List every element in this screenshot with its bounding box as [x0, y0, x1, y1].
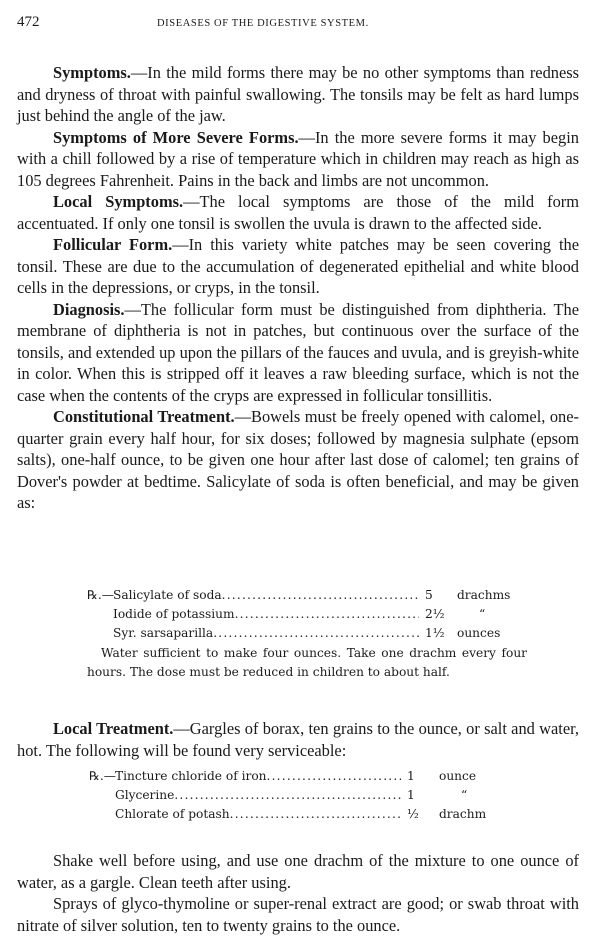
local-treatment-block: Local Treatment.—Gargles of borax, ten g… — [17, 718, 579, 761]
section-heading: Local Symptoms. — [53, 192, 183, 211]
rx-quantity: 1 — [401, 786, 439, 805]
section-local-treatment: Local Treatment.—Gargles of borax, ten g… — [17, 718, 579, 761]
leader-dots: ........................................… — [230, 805, 401, 824]
rx-unit: ounce — [439, 767, 509, 786]
rx-symbol: ℞.— — [87, 586, 113, 605]
leader-dots: ........................................… — [213, 624, 419, 643]
rx-quantity: 1½ — [419, 624, 457, 643]
rx-ingredient: Chlorate of potash — [115, 807, 230, 821]
leader-dots: ........................................… — [267, 767, 401, 786]
section-heading: Diagnosis. — [53, 300, 125, 319]
section-severe-forms: Symptoms of More Severe Forms.—In the mo… — [17, 127, 579, 192]
prescription-item: Glycerine ..............................… — [89, 786, 509, 805]
closing-paragraph: Shake well before using, and use one dra… — [17, 850, 579, 893]
running-head-title: DISEASES OF THE DIGESTIVE SYSTEM. — [157, 18, 369, 29]
section-heading: Symptoms of More Severe Forms. — [53, 128, 299, 147]
rx-quantity: 1 — [401, 767, 439, 786]
prescription-item: Syr. sarsaparilla ......................… — [87, 624, 527, 643]
rx-unit: ounces — [457, 624, 527, 643]
rx-quantity: ½ — [401, 805, 439, 824]
closing-paragraph: Sprays of glyco-thymoline or super-renal… — [17, 893, 579, 936]
rx-quantity: 5 — [419, 586, 457, 605]
closing-block: Shake well before using, and use one dra… — [17, 850, 579, 936]
section-heading: Local Treatment. — [53, 719, 173, 738]
rx-symbol: ℞.— — [89, 767, 115, 786]
section-heading: Constitutional Treatment. — [53, 407, 235, 426]
section-symptoms: Symptoms.—In the mild forms there may be… — [17, 62, 579, 127]
prescription-1: ℞.—Salicylate of soda ..................… — [87, 586, 527, 682]
running-head: 472 DISEASES OF THE DIGESTIVE SYSTEM. — [17, 14, 579, 34]
leader-dots: ........................................… — [174, 786, 401, 805]
rx-unit: drachms — [457, 586, 527, 605]
rx-ingredient: Iodide of potassium — [113, 607, 235, 621]
leader-dots: ........................................… — [235, 605, 419, 624]
main-text-block: Symptoms.—In the mild forms there may be… — [17, 62, 579, 514]
section-heading: Symptoms. — [53, 63, 131, 82]
prescription-item: ℞.—Salicylate of soda ..................… — [87, 586, 527, 605]
section-follicular-form: Follicular Form.—In this variety white p… — [17, 234, 579, 299]
rx-ingredient: Syr. sarsaparilla — [113, 626, 213, 640]
page-number: 472 — [17, 14, 40, 31]
leader-dots: ........................................… — [222, 586, 419, 605]
prescription-2: ℞.—Tincture chloride of iron ...........… — [89, 767, 509, 824]
rx-unit: drachm — [439, 805, 509, 824]
rx-unit: “ — [439, 786, 509, 805]
rx-quantity: 2½ — [419, 605, 457, 624]
prescription-item: Iodide of potassium ....................… — [87, 605, 527, 624]
section-constitutional-treatment: Constitutional Treatment.—Bowels must be… — [17, 406, 579, 514]
prescription-item: ℞.—Tincture chloride of iron ...........… — [89, 767, 509, 786]
section-local-symptoms: Local Symptoms.—The local symptoms are t… — [17, 191, 579, 234]
rx-unit: “ — [457, 605, 527, 624]
rx-ingredient: Glycerine — [115, 788, 174, 802]
section-diagnosis: Diagnosis.—The follicular form must be d… — [17, 299, 579, 407]
prescription-item: Chlorate of potash .....................… — [89, 805, 509, 824]
section-heading: Follicular Form. — [53, 235, 172, 254]
prescription-note: Water sufficient to make four ounces. Ta… — [87, 644, 527, 682]
rx-ingredient: Tincture chloride of iron — [115, 769, 267, 783]
rx-ingredient: Salicylate of soda — [113, 588, 222, 602]
